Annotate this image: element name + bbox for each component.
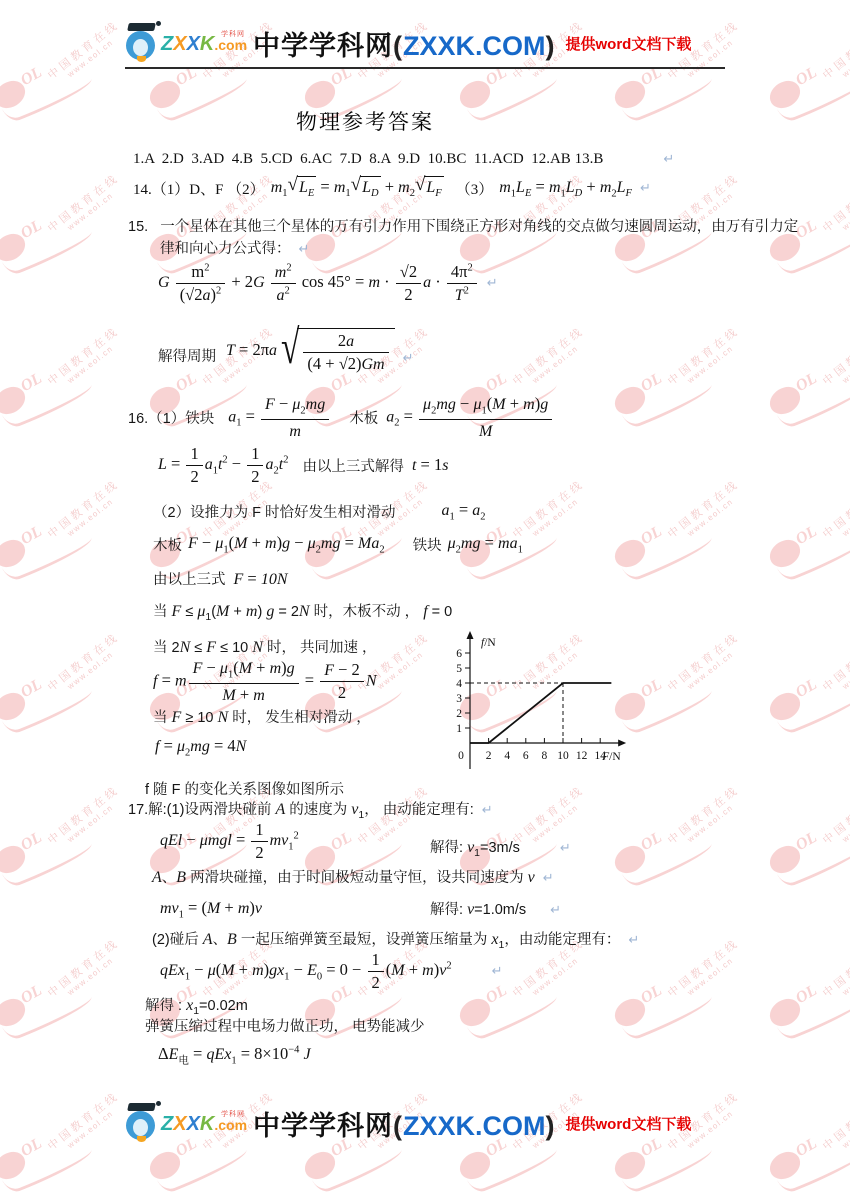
svg-text:2: 2 [486,750,492,762]
svg-text:4: 4 [504,750,510,762]
q16-graph-caption: f 随 F 的变化关系图像如图所示 [145,778,344,799]
logo-dotcom: .com [214,1117,247,1133]
site-name-cn: 中学学科网 [253,31,393,61]
question-15-text: 15. 一个星体在其他三个星体的万有引力作用下围绕正方形对角线的交点做匀速圆周运… [128,216,798,261]
header-rule [125,67,725,69]
svg-text:1: 1 [456,723,462,735]
q15-solve-label: 解得周期 [158,345,216,374]
header: ZXXK.com 学科网 中学学科网(ZXXK.COM) 提供word文档下载 [125,18,730,68]
paragraph-mark: ↵ [482,803,493,818]
q16-F-result: 由以上三式 F = 10N [153,568,288,589]
logo-letter-x2: X [187,1113,200,1135]
q17-x1-result: 解得 : x1=0.02m [145,994,248,1017]
q14-formula-3: m1LE = m1LD + m2LF [499,177,632,199]
q17-line1: 17.解:(1)设两滑块碰前 A 的速度为 v1， 由动能定理有: [128,802,474,818]
zxxk-logo: ZXXK.com 学科网 [125,21,253,65]
q15-gravity-equation: G m2(√2a)2 + 2G m2a2 cos 45° = m · √22a … [158,262,498,305]
paragraph-mark: ↵ [403,351,414,374]
q16-newton-equations: 木板 F − μ1(M + m)g − μ2mg = Ma2 铁块 μ2mg =… [153,533,523,555]
q17-momentum-equation: mv1 = (M + m)v [160,898,262,920]
svg-text:f/N: f/N [481,637,496,649]
q16-label: 16.（1）铁块 [128,407,214,428]
q17-line3: (2)碰后 A、B 一起压缩弹簧至最短，设弹簧压缩量为 x1，由动能定理有： [152,932,620,948]
q17-answer2: 解得: v=1.0m/s↵ [430,898,561,919]
question-16-part1: 16.（1）铁块 a1 = F − μ2mgm 木板 a2 = μ2mg − μ… [128,394,554,441]
q17-delta-E-formula: ΔE电 = qEx1 = 8×10−4 J [158,1044,311,1067]
q16-friction-formula: f = mF − μ1(M + m)gM + m = F − 22N [153,658,376,705]
page-title: 物理参考答案 [125,106,605,136]
q16-solve-text: 由以上三式解得 [302,455,404,476]
logo-letter-k: K [200,1113,214,1135]
svg-text:6: 6 [523,750,529,762]
paren-open: ( [393,1111,403,1141]
svg-text:4: 4 [456,678,462,690]
document-page: OL中国教育在线www.eol.cnOL中国教育在线www.eol.cnOL中国… [0,0,850,1202]
q17-collision-text: A、B 两滑块碰撞，由于时间极短动量守恒，设共同速度为 v↵ [152,866,554,887]
q16-wood-board-label: 木板 [349,407,378,428]
answers-text: 1.A 2.D 3.AD 4.B 5.CD 6.AC 7.D 8.A 9.D 1… [133,151,603,167]
svg-text:3: 3 [456,693,462,705]
q17-v1-result: 解得: v1=3m/s [430,840,520,856]
q17-energy-equation: qEl − μmgl = 12mv12 [160,820,299,863]
q17-spring-equation: qEx1 − μ(M + m)gx1 − E0 = 0 − 12(M + m)v… [160,950,502,993]
f-vs-F-graph-svg: 24681012140123456f/NF/N [443,628,655,783]
q15-line1: 一个星体在其他三个星体的万有引力作用下围绕正方形对角线的交点做匀速圆周运动，由万… [160,219,798,235]
q17-v-result: 解得: v=1.0m/s [430,902,526,918]
logo-letter-z: Z [161,33,173,55]
svg-text:12: 12 [576,750,588,762]
q16-part2-intro: （2）设推力为 F 时恰好发生相对滑动 a1 = a2 [153,500,486,522]
q17-answer1: 解得: v1=3m/s↵ [430,836,571,859]
q14-formula-2: m1√LE = m1√LD + m2√LF [271,176,444,200]
svg-text:5: 5 [456,663,462,675]
penguin-mascot-icon [125,1103,159,1143]
q16-case2-line: 当 2N ≤ F ≤ 10 N 时， 共同加速 ， [153,636,377,657]
logo-tiny-text: 学科网 [221,1109,245,1119]
question-17-intro: 17.解:(1)设两滑块碰前 A 的速度为 v1， 由动能定理有:↵ [128,798,493,821]
paragraph-mark: ↵ [487,276,498,291]
q16-part2-text: （2）设推力为 F 时恰好发生相对滑动 [153,501,395,522]
logo-letter-x2: X [187,33,200,55]
footer-tagline: 提供word文档下载 [566,1113,692,1134]
q15-period-solution: 解得周期 T = 2πa√2a(4 + √2)Gm ↵ [158,328,414,374]
q14-label: 14.（1）D、F （2） [133,178,265,199]
site-name: 中学学科网(ZXXK.COM) [253,1104,556,1143]
header-tagline: 提供word文档下载 [566,33,692,54]
site-name-cn: 中学学科网 [253,1111,393,1141]
paren-close: ) [546,31,556,61]
q16-a1-equals-a2: a1 = a2 [441,500,485,522]
svg-text:10: 10 [557,750,569,762]
logo-letter-k: K [200,33,214,55]
site-name: 中学学科网(ZXXK.COM) [253,24,556,63]
svg-text:8: 8 [542,750,548,762]
q14-label-3: （3） [456,178,494,199]
q16-friction-4N: f = μ2mg = 4N [155,736,246,758]
penguin-mascot-icon [125,23,159,63]
site-name-en: ZXXK.COM [403,1111,546,1141]
q15-line2: 律和向心力公式得： [160,241,291,257]
q16-from-three-text: 由以上三式 [153,568,226,589]
svg-text:F/N: F/N [601,751,621,763]
svg-text:2: 2 [456,708,462,720]
q15-period-formula: T = 2πa√2a(4 + √2)Gm [226,328,395,374]
svg-text:6: 6 [456,648,462,660]
svg-text:0: 0 [458,750,464,762]
zxxk-logo-footer: ZXXK.com 学科网 [125,1101,253,1145]
paragraph-mark: ↵ [640,181,651,196]
q16-iron-label: 铁块 [413,534,442,555]
q16-board-label: 木板 [153,534,182,555]
paragraph-mark: ↵ [492,964,503,979]
logo-letter-x1: X [173,1113,186,1135]
footer: ZXXK.com 学科网 中学学科网(ZXXK.COM) 提供word文档下载 [125,1098,730,1148]
q16-F-10N: F = 10N [234,569,288,589]
q17-part2-intro: (2)碰后 A、B 一起压缩弹簧至最短，设弹簧压缩量为 x1，由动能定理有：↵ [152,928,639,951]
paren-close: ) [546,1111,556,1141]
q16-case1-line: 当 F ≤ μ1(M + m) g = 2N 时，木板不动 ， f = 0 [153,600,452,623]
q15-formula: G m2(√2a)2 + 2G m2a2 cos 45° = m · √22a … [158,272,479,291]
paragraph-mark: ↵ [663,152,674,167]
q17-line2: A、B 两滑块碰撞，由于时间极短动量守恒，设共同速度为 v [152,870,535,886]
q16-L-formula: L = 12a1t2 − 12a2t2 [158,444,288,487]
q16-case3-line: 当 F ≥ 10 N 时， 发生相对滑动 ， [153,706,371,727]
q16-a1-formula: a1 = F − μ2mgm [228,394,331,441]
paragraph-mark: ↵ [550,903,561,918]
site-name-en: ZXXK.COM [403,31,546,61]
question-14: 14.（1）D、F （2） m1√LE = m1√LD + m2√LF （3） … [133,176,651,200]
document-content: ZXXK.com 学科网 中学学科网(ZXXK.COM) 提供word文档下载 … [0,0,850,1202]
logo-dotcom: .com [214,37,247,53]
answers-line: 1.A 2.D 3.AD 4.B 5.CD 6.AC 7.D 8.A 9.D 1… [133,151,674,168]
paragraph-mark: ↵ [628,933,639,948]
q16-a2-formula: a2 = μ2mg − μ1(M + m)gM [386,394,554,441]
f-vs-F-graph: 24681012140123456f/NF/N [443,628,655,783]
q16-t-result: t = 1s [412,455,449,475]
q17-eq3: qEx1 − μ(M + m)gx1 − E0 = 0 − 12(M + m)v… [160,960,452,979]
logo-tiny-text: 学科网 [221,29,245,39]
logo-letter-z: Z [161,1113,173,1135]
paragraph-mark: ↵ [299,242,310,257]
paragraph-mark: ↵ [560,841,571,856]
q15-number: 15. [128,219,148,235]
logo-letter-x1: X [173,33,186,55]
q17-potential-energy-text: 弹簧压缩过程中电场力做正功， 电势能减少 [145,1015,425,1036]
paragraph-mark: ↵ [543,871,554,886]
q16-board-equation: F − μ1(M + m)g − μ2mg = Ma2 [188,533,385,555]
q16-distance-equation: L = 12a1t2 − 12a2t2 由以上三式解得 t = 1s [158,444,448,487]
paren-open: ( [393,31,403,61]
q16-iron-equation: μ2mg = ma1 [448,533,523,555]
